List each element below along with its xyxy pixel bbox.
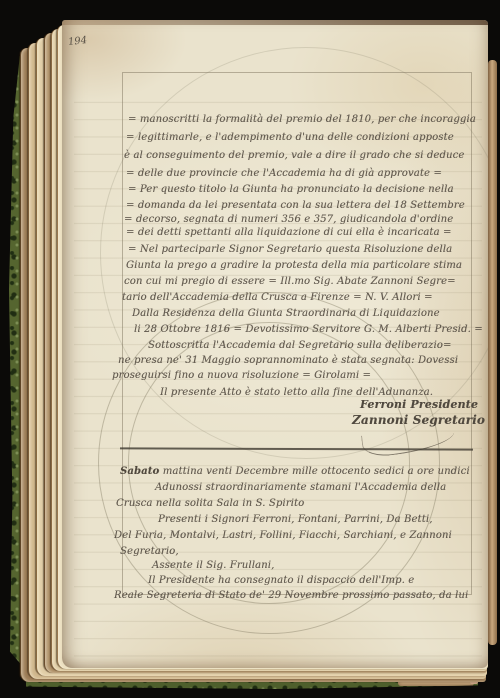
signature-secretary: Zannoni Segretario xyxy=(352,413,485,427)
lead-word: Sabato xyxy=(120,466,159,477)
manuscript-line-rest: mattina venti Decembre mille ottocento s… xyxy=(163,466,470,477)
page-top-edge-stain xyxy=(62,20,488,25)
manuscript-line: Assente il Sig. Frullani, xyxy=(152,558,274,573)
manuscript-line: ne presa ne' 31 Maggio soprannominato è … xyxy=(118,353,458,368)
manuscript-line: = Per questo titolo la Giunta ha pronunc… xyxy=(128,182,454,197)
manuscript-line: Il Presidente ha consegnato il dispaccio… xyxy=(148,573,414,588)
manuscript-line: è al conseguimento del premio, vale a di… xyxy=(124,148,464,163)
manuscript-line: tario dell'Accademia della Crusca a Fire… xyxy=(122,290,433,305)
manuscript-line: = Nel parteciparle Signor Segretario que… xyxy=(128,242,452,257)
manuscript-line: Del Furia, Montalvi, Lastri, Follini, Fi… xyxy=(114,528,452,543)
manuscript-line: = dei detti spettanti alla liquidazione … xyxy=(126,225,452,240)
signature-president: Ferroni Presidente xyxy=(360,398,478,412)
manuscript-line: Sottoscritta l'Accademia dal Segretario … xyxy=(148,338,452,353)
manuscript-line: con cui mi pregio di essere = Ill.mo Sig… xyxy=(124,274,456,289)
manuscript-line: Sabato mattina venti Decembre mille otto… xyxy=(120,464,470,479)
manuscript-line: li 28 Ottobre 1816 = Devotissimo Servito… xyxy=(134,322,483,337)
manuscript-line: proseguirsi fino a nuova risoluzione = G… xyxy=(112,368,371,383)
manuscript-line: Dalla Residenza della Giunta Straordinar… xyxy=(132,306,440,321)
page-number: 194 xyxy=(67,35,87,48)
manuscript-line: Reale Segreteria di Stato de' 29 Novembr… xyxy=(114,588,468,603)
manuscript-line: = domanda da lei presentata con la sua l… xyxy=(126,198,465,213)
manuscript-line: Crusca nella solita Sala in S. Spirito xyxy=(116,496,304,511)
scanned-book-photo: 194 = manoscritti la formalità del premi… xyxy=(0,0,500,698)
manuscript-line: Adunossi straordinariamente stamani l'Ac… xyxy=(155,480,446,495)
manuscript-line: Segretario, xyxy=(120,544,179,559)
manuscript-line: Presenti i Signori Ferroni, Fontani, Par… xyxy=(158,512,433,527)
manuscript-line: Giunta la prego a gradire la protesta de… xyxy=(126,258,462,273)
manuscript-line: = legittimarle, e l'adempimento d'una de… xyxy=(126,130,454,145)
manuscript-line: = delle due provincie che l'Accademia ha… xyxy=(126,166,442,181)
manuscript-line: = manoscritti la formalità del premio de… xyxy=(128,112,476,127)
manuscript-page: 194 = manoscritti la formalità del premi… xyxy=(62,20,488,668)
facing-page-edge xyxy=(488,60,497,645)
